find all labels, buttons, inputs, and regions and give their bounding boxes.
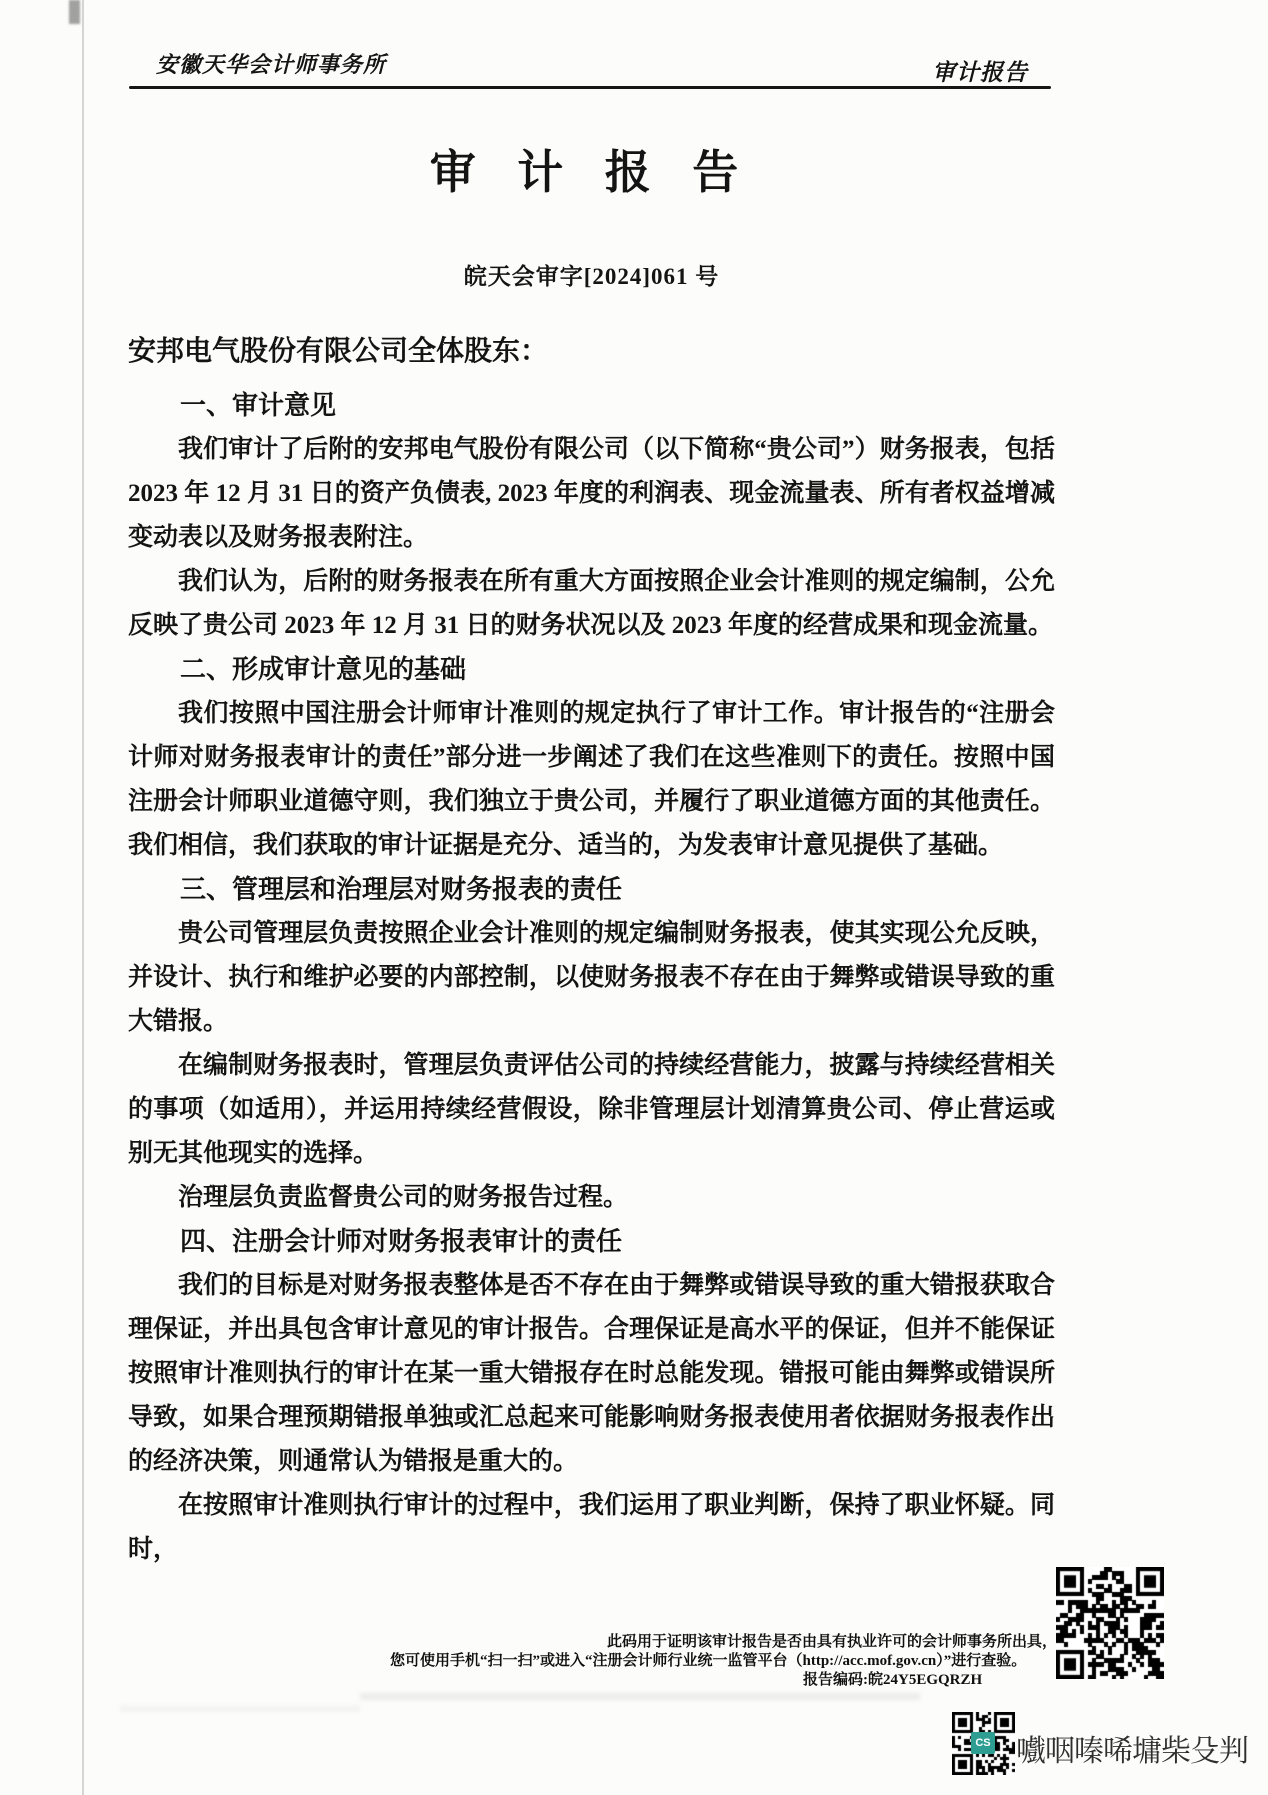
page-header-title: 审计报告 — [932, 54, 1028, 87]
report-code: 报告编码:皖24Y5EGQRZH — [803, 1668, 982, 1689]
section-heading: 二、形成审计意见的基础 — [128, 648, 1055, 692]
header-rule — [129, 86, 1051, 89]
body-paragraph: 我们审计了后附的安邦电气股份有限公司（以下简称“贵公司”）财务报表，包括 202… — [128, 428, 1055, 560]
section-heading: 四、注册会计师对财务报表审计的责任 — [128, 1220, 1055, 1264]
body-paragraph: 我们按照中国注册会计师审计准则的规定执行了审计工作。审计报告的“注册会计师对财务… — [128, 692, 1055, 868]
body-paragraph: 在按照审计准则执行审计的过程中，我们运用了职业判断，保持了职业怀疑。同时， — [128, 1484, 1055, 1572]
report-body: 安邦电气股份有限公司全体股东： 一、审计意见我们审计了后附的安邦电气股份有限公司… — [128, 328, 1055, 1572]
section-heading: 三、管理层和治理层对财务报表的责任 — [128, 868, 1055, 912]
body-paragraph: 贵公司管理层负责按照企业会计准则的规定编制财务报表，使其实现公允反映，并设计、执… — [128, 912, 1055, 1044]
audit-report-page: 安徽天华会计师事务所 审计报告 审 计 报 告 皖天会审字[2024]061 号… — [0, 0, 1268, 1795]
scan-smudge — [360, 1693, 920, 1700]
watermark-text: 嚱咽嗪唏墉柴殳判 — [1016, 1726, 1248, 1770]
scan-artifact — [69, 0, 80, 24]
body-paragraph: 我们的目标是对财务报表整体是否不存在由于舞弊或错误导致的重大错报获取合理保证，并… — [128, 1264, 1055, 1484]
scan-smudge — [120, 1706, 360, 1712]
body-paragraph: 治理层负责监督贵公司的财务报告过程。 — [128, 1176, 1055, 1220]
qr-verify-note-line2: 您可使用手机“扫一扫”或进入“注册会计师行业统一监管平台（http://acc.… — [390, 1649, 1026, 1670]
qr-center-badge: CS — [971, 1732, 995, 1754]
firm-name: 安徽天华会计师事务所 — [156, 48, 386, 79]
report-title: 审 计 报 告 — [128, 136, 1055, 202]
report-number: 皖天会审字[2024]061 号 — [128, 258, 1055, 291]
scan-edge-line — [82, 0, 84, 1795]
verification-qr-code — [1056, 1567, 1164, 1679]
section-heading: 一、审计意见 — [128, 384, 1055, 428]
addressee: 安邦电气股份有限公司全体股东： — [128, 328, 1055, 376]
body-paragraph: 在编制财务报表时，管理层负责评估公司的持续经营能力，披露与持续经营相关的事项（如… — [128, 1044, 1055, 1176]
qr-verify-note-line1: 此码用于证明该审计报告是否由具有执业许可的会计师事务所出具， — [607, 1630, 1057, 1651]
body-paragraph: 我们认为，后附的财务报表在所有重大方面按照企业会计准则的规定编制，公允反映了贵公… — [128, 560, 1055, 648]
